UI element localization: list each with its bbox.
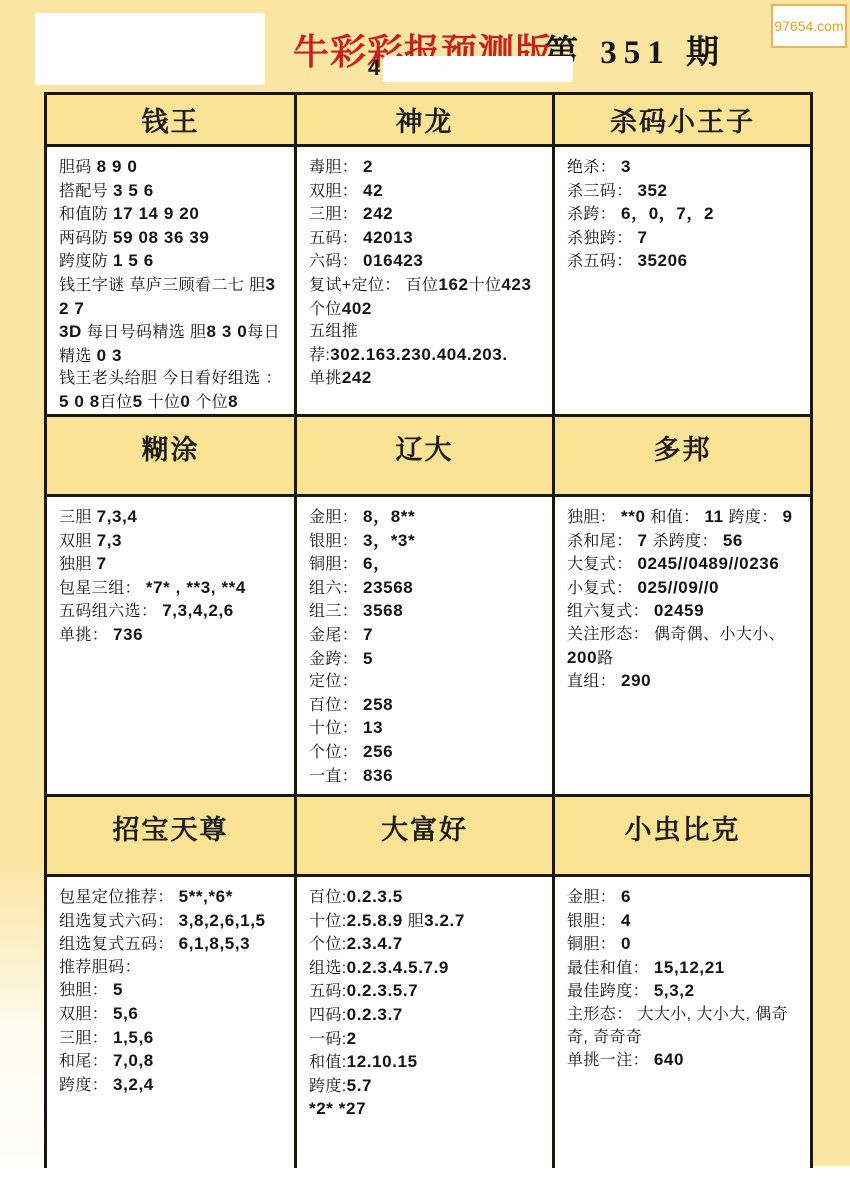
prediction-line: 钱王老头给胆 今日看好组选 ： 5 0 8百位5 十位0 个位8 xyxy=(59,368,288,414)
section-header-4: 糊涂 xyxy=(47,417,297,497)
prediction-line: 大复式： 0245//0489//0236 xyxy=(567,553,804,577)
prediction-value: 640 xyxy=(654,1050,684,1069)
prediction-label: 金尾： xyxy=(309,627,363,644)
prediction-value: 7,3,4 xyxy=(97,507,138,526)
prediction-line: 主形态： 大大小, 大小大, 偶奇奇, 奇奇奇 xyxy=(567,1004,804,1049)
prediction-line: 跨度防 1 5 6 xyxy=(59,250,288,274)
prediction-grid: 钱王胆码 8 9 0搭配号 3 5 6和值防 17 14 9 20两码防 59 … xyxy=(44,92,813,1168)
prediction-line: 单挑一注： 640 xyxy=(567,1049,804,1073)
prediction-line: 金跨： 5 xyxy=(309,648,546,672)
prediction-line: 单挑： 736 xyxy=(59,624,288,648)
prediction-value: 2 xyxy=(363,157,373,176)
section-title: 大富好 xyxy=(381,808,468,847)
prediction-label: 六码： xyxy=(309,253,363,270)
prediction-value: 5,6 xyxy=(113,1004,138,1023)
prediction-label: 杀跨： xyxy=(567,206,621,223)
prediction-line: 个位:2.3.4.7 xyxy=(309,933,546,957)
prediction-label: 银胆： xyxy=(309,533,363,550)
prediction-label: 最佳跨度： xyxy=(567,983,654,1000)
prediction-value: 7 xyxy=(97,554,107,573)
prediction-value: 162 xyxy=(438,275,468,294)
prediction-label: 组六复式： xyxy=(567,603,654,620)
prediction-label: 金跨： xyxy=(309,651,363,668)
prediction-label: 跨度： xyxy=(724,509,783,526)
prediction-line: 搭配号 3 5 6 xyxy=(59,180,288,204)
prediction-label: 十位 xyxy=(469,277,502,294)
prediction-value: 6， xyxy=(363,554,391,573)
prediction-value: 9 xyxy=(783,507,793,526)
prediction-value: 3568 xyxy=(363,601,403,620)
prediction-value: 290 xyxy=(621,671,651,690)
prediction-value: 5 xyxy=(133,392,143,411)
prediction-label: 五码: xyxy=(309,983,347,1000)
prediction-label: 推荐胆码： xyxy=(59,959,141,976)
prediction-value: 7 xyxy=(637,531,647,550)
prediction-value: 200 xyxy=(567,648,597,667)
prediction-label: 百位: xyxy=(309,889,347,906)
prediction-line: 杀独跨： 7 xyxy=(567,227,804,251)
prediction-label: 独胆： xyxy=(59,982,113,999)
prediction-label: 个位: xyxy=(309,936,347,953)
prediction-label: 杀跨度： xyxy=(648,533,723,550)
prediction-label: 组六： xyxy=(309,580,363,597)
prediction-value: 8 3 0 xyxy=(206,322,247,341)
prediction-label: 胆码 xyxy=(59,159,97,176)
prediction-value: 423 xyxy=(501,275,531,294)
prediction-label: 百位： xyxy=(309,697,363,714)
prediction-line: 十位： 13 xyxy=(309,717,546,741)
prediction-line: 复试+定位： 百位162十位423个位402 xyxy=(309,274,546,321)
prediction-value: 17 14 9 20 xyxy=(113,204,199,223)
prediction-label: 跨度: xyxy=(309,1078,347,1095)
prediction-value: 35206 xyxy=(637,251,687,270)
prediction-value: 5 xyxy=(113,980,123,999)
prediction-value: 8 xyxy=(228,392,238,411)
prediction-value: 256 xyxy=(363,742,393,761)
prediction-label: 杀独跨： xyxy=(567,230,637,247)
prediction-value: 3 5 6 xyxy=(113,181,154,200)
prediction-label: 跨度防 xyxy=(59,253,113,270)
prediction-line: 独胆： 5 xyxy=(59,979,288,1003)
prediction-label: 银胆： xyxy=(567,913,621,930)
prediction-label: 组选: xyxy=(309,960,347,977)
prediction-label: 百位 xyxy=(100,394,133,411)
prediction-label: 十位: xyxy=(309,913,347,930)
prediction-line: 组选复式五码： 6,1,8,5,3 xyxy=(59,933,288,957)
prediction-line: 独胆： **0 和值： 11 跨度： 9 杀和尾： 7 杀跨度： 56 xyxy=(567,506,804,553)
prediction-label: 独胆 xyxy=(59,556,97,573)
prediction-value: 352 xyxy=(637,181,667,200)
section-body-1: 胆码 8 9 0搭配号 3 5 6和值防 17 14 9 20两码防 59 08… xyxy=(47,147,297,417)
prediction-value: 12.10.15 xyxy=(347,1052,418,1071)
prediction-label: 组选复式六码： xyxy=(59,913,179,930)
prediction-line: 银胆： 3，*3* xyxy=(309,530,546,554)
prediction-line: 钱王字谜 草庐三顾看二七 胆3 2 7 xyxy=(59,274,288,321)
redaction-box-top-left xyxy=(35,13,265,85)
prediction-value: 3.2.7 xyxy=(424,911,465,930)
prediction-value: 8，8** xyxy=(363,507,415,526)
prediction-line: 最佳和值： 15,12,21 xyxy=(567,957,804,981)
prediction-label: 十位： xyxy=(309,720,363,737)
section-body-8: 百位:0.2.3.5十位:2.5.8.9 胆3.2.7个位:2.3.4.7组选:… xyxy=(297,877,555,1168)
prediction-value: 0 xyxy=(180,392,190,411)
prediction-value: **0 xyxy=(621,507,646,526)
prediction-label: 毒胆： xyxy=(309,159,363,176)
prediction-line: 跨度： 3,2,4 xyxy=(59,1074,288,1098)
prediction-label: 杀和尾： xyxy=(567,533,637,550)
prediction-value: 736 xyxy=(113,625,143,644)
section-header-3: 杀码小王子 xyxy=(555,95,810,147)
prediction-value: 13 xyxy=(363,718,383,737)
section-title: 糊涂 xyxy=(142,428,200,467)
section-title: 招宝天尊 xyxy=(113,808,229,847)
prediction-line: 百位:0.2.3.5 xyxy=(309,886,546,910)
prediction-value: 5 0 8 xyxy=(59,392,100,411)
prediction-label: 金胆： xyxy=(567,889,621,906)
prediction-value: 15,12,21 xyxy=(654,958,725,977)
prediction-line: 组选:0.2.3.4.5.7.9 xyxy=(309,957,546,981)
prediction-value: 3，*3* xyxy=(363,531,415,550)
prediction-value: 6 xyxy=(621,887,631,906)
section-header-9: 小虫比克 xyxy=(555,797,810,877)
prediction-line: 组六复式： 02459 xyxy=(567,600,804,624)
prediction-line: 铜胆： 0 xyxy=(567,933,804,957)
prediction-label: 每日号码精选 胆 xyxy=(82,324,207,341)
prediction-value: 0 3 xyxy=(97,346,122,365)
watermark-text: 97654.com xyxy=(774,18,843,34)
prediction-line: 组选复式六码： 3,8,2,6,1,5 xyxy=(59,910,288,934)
prediction-label: 包星三组： xyxy=(59,580,146,597)
prediction-line: 五组推荐:302.163.230.404.203. xyxy=(309,321,546,367)
section-title: 神龙 xyxy=(396,100,454,139)
prediction-line: 绝杀： 3 xyxy=(567,156,804,180)
section-title: 小虫比克 xyxy=(625,808,741,847)
prediction-label: 单挑一注： xyxy=(567,1052,654,1069)
prediction-label: 组三： xyxy=(309,603,363,620)
prediction-value: 6,1,8,5,3 xyxy=(179,934,251,953)
watermark-badge: 97654.com xyxy=(771,4,847,48)
prediction-line: 双胆： 5,6 xyxy=(59,1003,288,1027)
prediction-line: 三胆 7,3,4 xyxy=(59,506,288,530)
prediction-value: 025//09//0 xyxy=(637,578,719,597)
prediction-line: 小复式： 025//09//0 xyxy=(567,577,804,601)
section-body-7: 包星定位推荐： 5**,*6*组选复式六码： 3,8,2,6,1,5组选复式五码… xyxy=(47,877,297,1168)
prediction-line: 银胆： 4 xyxy=(567,910,804,934)
prediction-value: 56 xyxy=(723,531,743,550)
prediction-label: 单挑： xyxy=(59,627,113,644)
section-header-1: 钱王 xyxy=(47,95,297,147)
prediction-line: 和值防 17 14 9 20 xyxy=(59,203,288,227)
prediction-label: 三胆： xyxy=(59,1030,113,1047)
prediction-line: 和值:12.10.15 xyxy=(309,1051,546,1075)
prediction-value: 242 xyxy=(342,368,372,387)
prediction-label: 两码防 xyxy=(59,230,113,247)
prediction-label: 个位 xyxy=(190,394,228,411)
prediction-label: 直组： xyxy=(567,673,621,690)
prediction-label: 大复式： xyxy=(567,556,637,573)
prediction-value: 1 5 6 xyxy=(113,251,154,270)
section-body-2: 毒胆： 2双胆： 42三胆： 242五码： 42013六码： 016423复试+… xyxy=(297,147,555,417)
prediction-line: 一直： 836 xyxy=(309,765,546,789)
prediction-value: 0 xyxy=(621,934,631,953)
prediction-value: 8 9 0 xyxy=(97,157,138,176)
prediction-line: *2* *27 xyxy=(309,1098,546,1122)
prediction-label: 三胆 xyxy=(59,509,97,526)
prediction-line: 四码:0.2.3.7 xyxy=(309,1004,546,1028)
prediction-line: 组六： 23568 xyxy=(309,577,546,601)
section-body-3: 绝杀： 3杀三码： 352杀跨： 6，0，7，2杀独跨： 7杀五码： 35206 xyxy=(555,147,810,417)
prediction-line: 金胆： 6 xyxy=(567,886,804,910)
prediction-line: 单挑242 xyxy=(309,367,546,391)
prediction-value: 2.5.8.9 xyxy=(347,911,403,930)
prediction-label: 复试+定位： 百位 xyxy=(309,277,438,294)
section-title: 杀码小王子 xyxy=(610,100,755,139)
left-margin-fade xyxy=(0,860,44,1166)
prediction-line: 定位： xyxy=(309,671,546,694)
prediction-line: 胆码 8 9 0 xyxy=(59,156,288,180)
prediction-line: 六码： 016423 xyxy=(309,250,546,274)
prediction-line: 五码： 42013 xyxy=(309,227,546,251)
prediction-value: 7,3,4,2,6 xyxy=(162,601,234,620)
prediction-label: 金胆： xyxy=(309,509,363,526)
prediction-value: 42 xyxy=(363,181,383,200)
prediction-line: 3D 每日号码精选 胆8 3 0每日精选 0 3 xyxy=(59,321,288,368)
prediction-value: 7,3 xyxy=(97,531,122,550)
prediction-label: 杀五码： xyxy=(567,253,637,270)
prediction-label: 和值： xyxy=(646,509,705,526)
prediction-value: 5 xyxy=(363,649,373,668)
prediction-value: 0.2.3.7 xyxy=(347,1005,403,1024)
prediction-value: 3,2,4 xyxy=(113,1075,154,1094)
prediction-line: 毒胆： 2 xyxy=(309,156,546,180)
prediction-label: 和值: xyxy=(309,1054,347,1071)
prediction-line: 个位： 256 xyxy=(309,741,546,765)
prediction-line: 双胆 7,3 xyxy=(59,530,288,554)
section-title: 多邦 xyxy=(654,428,712,467)
prediction-label: 路 xyxy=(597,650,613,667)
prediction-line: 三胆： 242 xyxy=(309,203,546,227)
prediction-value: 0245//0489//0236 xyxy=(637,554,779,573)
prediction-value: 23568 xyxy=(363,578,413,597)
prediction-line: 杀跨： 6，0，7，2 xyxy=(567,203,804,227)
section-title: 钱王 xyxy=(142,100,200,139)
prediction-value: 6，0，7，2 xyxy=(621,204,714,223)
prediction-value: 5,3,2 xyxy=(654,981,695,1000)
prediction-line: 和尾： 7,0,8 xyxy=(59,1050,288,1074)
prediction-label: 一直： xyxy=(309,768,363,785)
prediction-line: 包星三组： *7* , **3, **4 xyxy=(59,577,288,601)
prediction-label: 一码: xyxy=(309,1031,347,1048)
prediction-value: 7,0,8 xyxy=(113,1051,154,1070)
prediction-line: 组三： 3568 xyxy=(309,600,546,624)
prediction-label: 杀三码： xyxy=(567,183,637,200)
section-body-9: 金胆： 6银胆： 4铜胆： 0最佳和值： 15,12,21最佳跨度： 5,3,2… xyxy=(555,877,810,1168)
prediction-line: 百位： 258 xyxy=(309,694,546,718)
prediction-value: 836 xyxy=(363,766,393,785)
prediction-line: 五码:0.2.3.5.7 xyxy=(309,980,546,1004)
redaction-box-subtitle xyxy=(383,56,573,82)
prediction-line: 包星定位推荐： 5**,*6* xyxy=(59,886,288,910)
prediction-value: 3 xyxy=(621,157,631,176)
prediction-label: 独胆： xyxy=(567,509,621,526)
prediction-value: 0.2.3.5.7 xyxy=(347,981,419,1000)
prediction-label: 钱王字谜 草庐三顾看二七 胆 xyxy=(59,277,266,294)
prediction-line: 杀三码： 352 xyxy=(567,180,804,204)
prediction-value: 4 xyxy=(621,911,631,930)
prediction-value: 02459 xyxy=(654,601,704,620)
section-header-5: 辽大 xyxy=(297,417,555,497)
prediction-label: 五码： xyxy=(309,230,363,247)
prediction-line: 推荐胆码： xyxy=(59,957,288,980)
prediction-label: 关注形态： 偶奇偶、小大小、 xyxy=(567,626,785,643)
prediction-value: 258 xyxy=(363,695,393,714)
prediction-label: 四码: xyxy=(309,1007,347,1024)
prediction-line: 金胆： 8，8** xyxy=(309,506,546,530)
prediction-label: 和值防 xyxy=(59,206,113,223)
section-header-7: 招宝天尊 xyxy=(47,797,297,877)
prediction-line: 关注形态： 偶奇偶、小大小、200路 xyxy=(567,624,804,670)
prediction-label: 最佳和值： xyxy=(567,960,654,977)
prediction-label: 胆 xyxy=(403,913,424,930)
prediction-label: 主形态： 大大小, 大小大, 偶奇奇, 奇奇奇 xyxy=(567,1006,788,1046)
prediction-label: 双胆： xyxy=(309,183,363,200)
section-header-2: 神龙 xyxy=(297,95,555,147)
prediction-line: 杀五码： 35206 xyxy=(567,250,804,274)
section-title: 辽大 xyxy=(396,428,454,467)
prediction-value: 3,8,2,6,1,5 xyxy=(179,911,266,930)
prediction-label: 个位： xyxy=(309,744,363,761)
prediction-label: 三胆： xyxy=(309,206,363,223)
prediction-label: 双胆 xyxy=(59,533,97,550)
prediction-value: 242 xyxy=(363,204,393,223)
prediction-line: 最佳跨度： 5,3,2 xyxy=(567,980,804,1004)
prediction-value: 11 xyxy=(704,507,723,526)
lottery-prediction-sheet: 牛彩彩报预测版 第 351 期 4 97654.com 钱王胆码 8 9 0搭配… xyxy=(0,0,850,1202)
prediction-value: 5.7 xyxy=(347,1076,372,1095)
prediction-label: 组选复式五码： xyxy=(59,936,179,953)
section-header-6: 多邦 xyxy=(555,417,810,497)
prediction-label: 跨度： xyxy=(59,1077,113,1094)
prediction-value: 016423 xyxy=(363,251,423,270)
prediction-value: *7* , **3, **4 xyxy=(146,578,246,597)
prediction-label: 十位 xyxy=(143,394,181,411)
prediction-label: 定位： xyxy=(309,673,358,690)
prediction-value: *2* *27 xyxy=(309,1099,366,1118)
prediction-value: 302.163.230.404.203. xyxy=(330,345,507,364)
section-body-4: 三胆 7,3,4双胆 7,3独胆 7包星三组： *7* , **3, **4五码… xyxy=(47,497,297,797)
section-body-5: 金胆： 8，8**银胆： 3，*3*铜胆： 6，组六： 23568组三： 356… xyxy=(297,497,555,797)
prediction-label: 铜胆： xyxy=(567,936,621,953)
prediction-value: 402 xyxy=(342,299,372,318)
prediction-line: 十位:2.5.8.9 胆3.2.7 xyxy=(309,910,546,934)
prediction-value: 7 xyxy=(637,228,647,247)
prediction-line: 铜胆： 6， xyxy=(309,553,546,577)
prediction-label: 铜胆： xyxy=(309,556,363,573)
prediction-label: 个位 xyxy=(309,301,342,318)
prediction-value: 59 08 36 39 xyxy=(113,228,209,247)
section-body-6: 独胆： **0 和值： 11 跨度： 9 杀和尾： 7 杀跨度： 56大复式： … xyxy=(555,497,810,797)
prediction-value: 7 xyxy=(363,625,373,644)
prediction-label: 绝杀： xyxy=(567,159,621,176)
redacted-text-fragment: 4 xyxy=(368,55,380,81)
section-header-8: 大富好 xyxy=(297,797,555,877)
prediction-line: 一码:2 xyxy=(309,1028,546,1052)
prediction-label: 包星定位推荐： xyxy=(59,889,179,906)
prediction-value: 0.2.3.4.5.7.9 xyxy=(347,958,449,977)
prediction-label: 双胆： xyxy=(59,1006,113,1023)
prediction-label: 钱王老头给胆 今日看好组选 ： xyxy=(59,370,282,387)
prediction-line: 独胆 7 xyxy=(59,553,288,577)
prediction-line: 直组： 290 xyxy=(567,670,804,694)
prediction-value: 2.3.4.7 xyxy=(347,934,403,953)
prediction-line: 双胆： 42 xyxy=(309,180,546,204)
prediction-value: 42013 xyxy=(363,228,413,247)
prediction-label: 小复式： xyxy=(567,580,637,597)
prediction-label: 五码组六选： xyxy=(59,603,162,620)
prediction-line: 两码防 59 08 36 39 xyxy=(59,227,288,251)
prediction-line: 跨度:5.7 xyxy=(309,1075,546,1099)
prediction-line: 三胆： 1,5,6 xyxy=(59,1027,288,1051)
prediction-label: 和尾： xyxy=(59,1053,113,1070)
prediction-value: 5**,*6* xyxy=(179,887,233,906)
prediction-value: 1,5,6 xyxy=(113,1028,154,1047)
prediction-label: 搭配号 xyxy=(59,183,113,200)
prediction-value: 3D xyxy=(59,322,82,341)
prediction-line: 金尾： 7 xyxy=(309,624,546,648)
prediction-label: 单挑 xyxy=(309,370,342,387)
prediction-value: 0.2.3.5 xyxy=(347,887,403,906)
prediction-line: 五码组六选： 7,3,4,2,6 xyxy=(59,600,288,624)
prediction-value: 2 xyxy=(347,1029,357,1048)
